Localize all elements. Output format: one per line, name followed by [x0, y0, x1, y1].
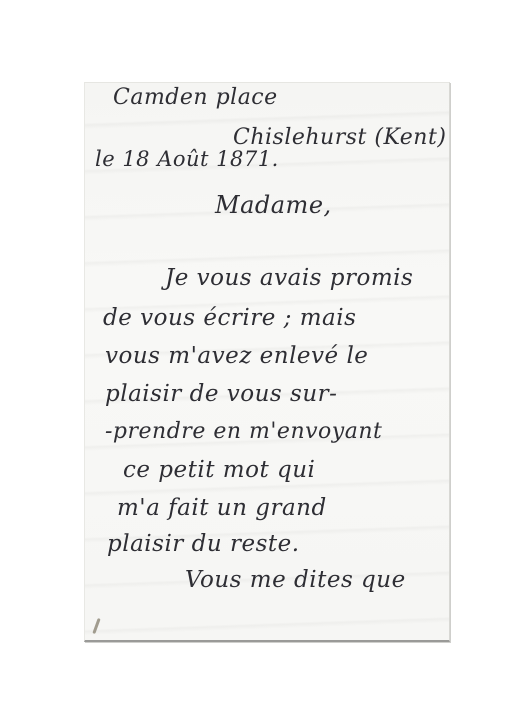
paper-stain-mark — [92, 618, 100, 634]
scan-background: Camden place Chislehurst (Kent) le 18 Ao… — [0, 0, 530, 720]
body-line-7: m'a fait un grand — [117, 495, 327, 521]
body-line-2: de vous écrire ; mais — [103, 305, 356, 331]
salutation: Madame, — [215, 191, 332, 219]
body-line-6: ce petit mot qui — [123, 457, 315, 483]
body-line-9: Vous me dites que — [185, 567, 406, 593]
body-line-1: Je vous avais promis — [165, 265, 413, 291]
body-line-4: plaisir de vous sur- — [105, 381, 337, 407]
letter-date: le 18 Août 1871. — [95, 147, 279, 171]
body-line-3: vous m'avez enlevé le — [105, 343, 368, 369]
letter-sheet: Camden place Chislehurst (Kent) le 18 Ao… — [84, 82, 450, 642]
address-line-1: Camden place — [113, 85, 278, 110]
body-line-8: plaisir du reste. — [107, 531, 300, 557]
body-line-5: -prendre en m'envoyant — [105, 419, 382, 444]
